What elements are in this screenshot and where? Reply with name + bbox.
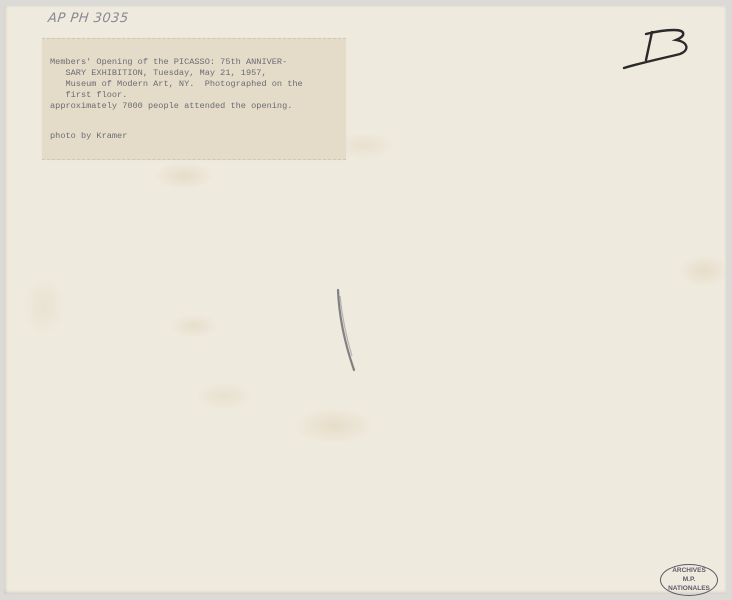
handwritten-b-mark xyxy=(616,24,696,76)
stamp-bottom-text: NATIONALES xyxy=(661,585,717,592)
photo-back-paper: AP PH 3035 Members' Opening of the PICAS… xyxy=(4,6,726,594)
pencil-stroke xyxy=(334,286,364,376)
caption-line: first floor. xyxy=(50,90,127,100)
caption-line: approximately 7000 people attended the o… xyxy=(50,101,292,111)
caption-line: Museum of Modern Art, NY. Photographed o… xyxy=(50,79,303,89)
stamp-middle-text: M.P. xyxy=(661,576,717,583)
caption-line: Members' Opening of the PICASSO: 75th AN… xyxy=(50,57,287,67)
caption-text: Members' Opening of the PICASSO: 75th AN… xyxy=(50,57,303,112)
archives-nationales-stamp: ARCHIVES M.P. NATIONALES xyxy=(660,564,718,596)
typed-caption-label: Members' Opening of the PICASSO: 75th AN… xyxy=(42,38,346,160)
inventory-number: AP PH 3035 xyxy=(47,11,129,26)
stamp-top-text: ARCHIVES xyxy=(661,567,717,574)
photo-credit: photo by Kramer xyxy=(50,131,127,141)
caption-line: SARY EXHIBITION, Tuesday, May 21, 1957, xyxy=(50,68,267,78)
